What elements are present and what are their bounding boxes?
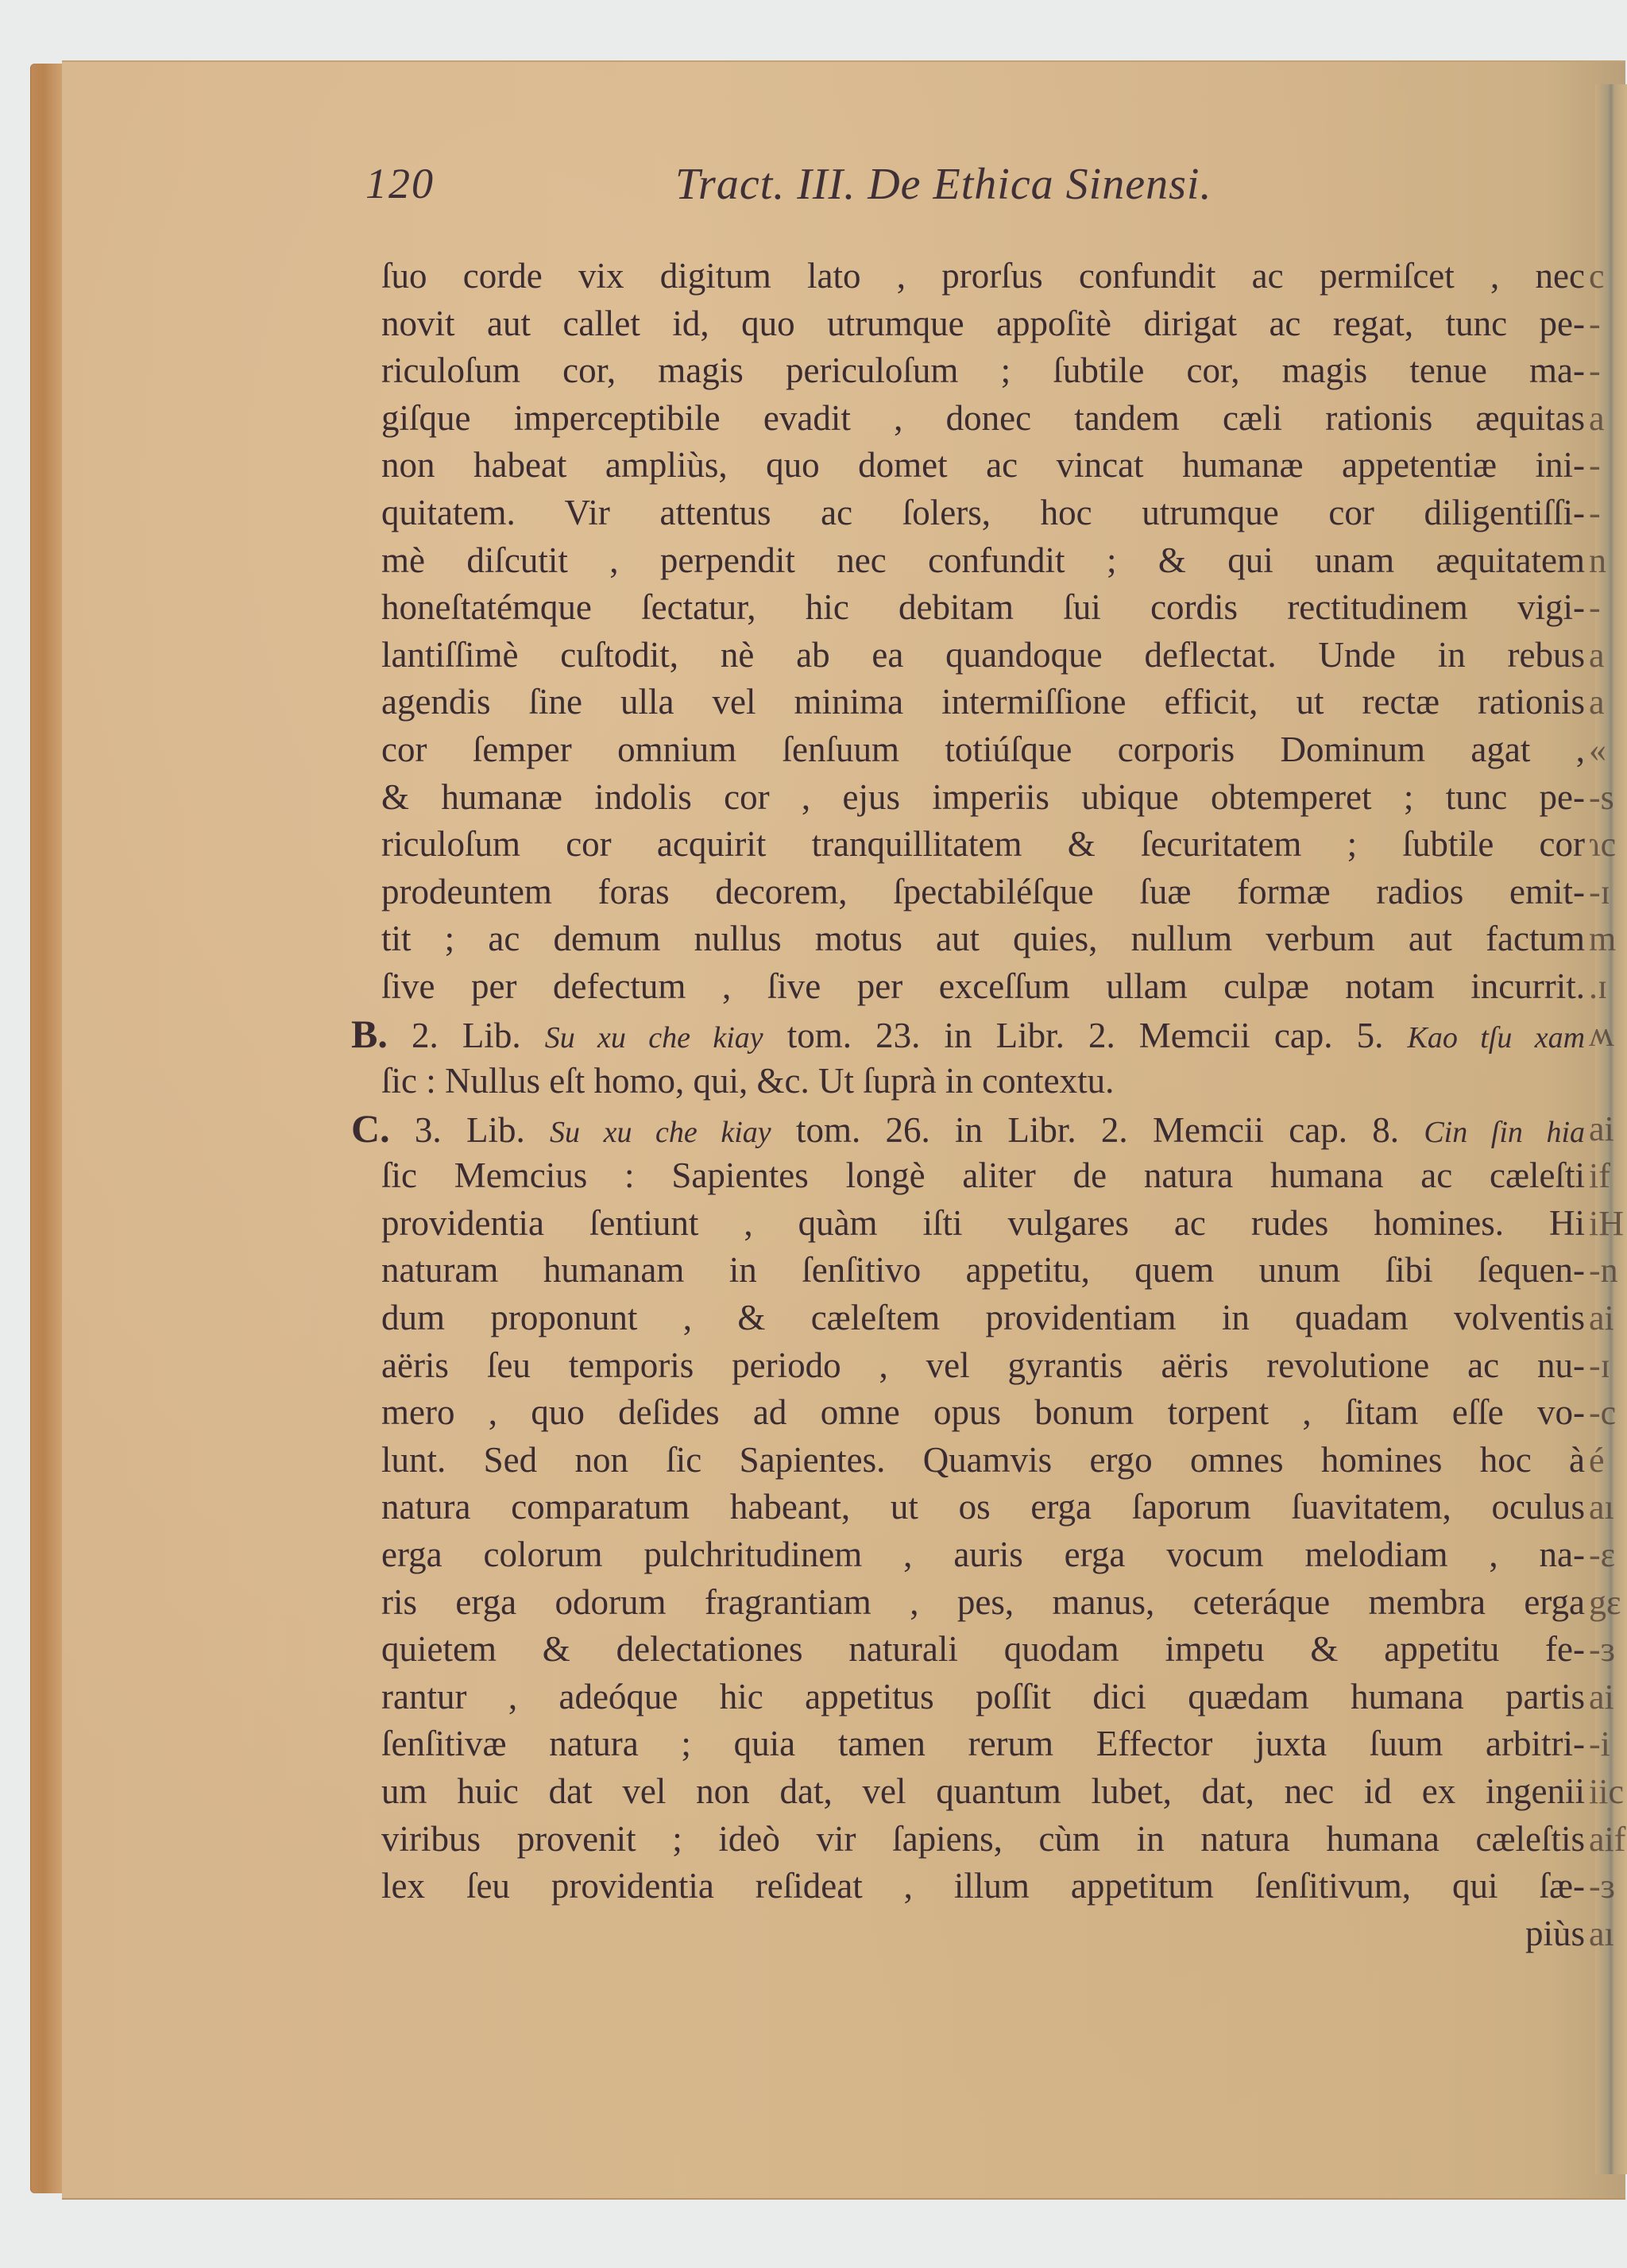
text-line: lantiſſimè cuſtodit, nè ab ea quandoque … <box>381 632 1585 679</box>
text-line: cor ſemper omnium ſenſuum totiúſque corp… <box>381 726 1585 774</box>
bleed-fragment: ai <box>1589 1295 1627 1342</box>
text-line: tit ; ac demum nullus motus aut quies, n… <box>381 915 1585 963</box>
note-c-heading: C. 3. Lib. Su xu che kiay tom. 26. in Li… <box>351 1105 1585 1153</box>
bleed-fragment: ʍ <box>1589 1011 1627 1059</box>
note-c-line: lex ſeu providentia reſideat , illum app… <box>381 1863 1585 1910</box>
note-c-line: rantur , adeóque hic appetitus poſſit di… <box>381 1674 1585 1721</box>
running-head: 120 Tract. III. De Ethica Sinensi. <box>365 159 1605 223</box>
text-line: novit aut callet id, quo utrumque appoſi… <box>381 300 1585 348</box>
note-c-line: aëris ſeu temporis periodo , vel gyranti… <box>381 1342 1585 1390</box>
note-c-line: lunt. Sed non ſic Sapientes. Quamvis erg… <box>381 1437 1585 1484</box>
bleed-fragment: ai <box>1589 1105 1627 1153</box>
note-b-heading: B. 2. Lib. Su xu che kiay tom. 23. in Li… <box>351 1011 1585 1059</box>
bleed-fragment: -ɛ <box>1589 1531 1627 1579</box>
note-c-reference: tom. 26. in Libr. 2. Memcii cap. 8. <box>796 1110 1399 1150</box>
note-b-text: ſic : Nullus eſt homo, qui, &c. Ut ſuprà… <box>381 1058 1585 1105</box>
note-c-line: viribus provenit ; ideò vir ſapiens, cùm… <box>381 1816 1585 1864</box>
text-line: quitatem. Vir attentus ac ſolers, hoc ut… <box>381 490 1585 537</box>
note-c-line: mero , quo deſides ad omne opus bonum to… <box>381 1389 1585 1437</box>
note-c-line: quietem & delectationes naturali quodam … <box>381 1626 1585 1674</box>
note-c-chapter-title: Cin ſin hia <box>1424 1116 1585 1149</box>
text-line: & humanæ indolis cor , ejus imperiis ubi… <box>381 774 1585 822</box>
bleed-fragment <box>1589 1058 1627 1105</box>
bleed-fragment: -ɜ <box>1589 1626 1627 1674</box>
text-line: non habeat ampliùs, quo domet ac vincat … <box>381 442 1585 490</box>
bleed-fragment: -ɪ <box>1589 869 1627 916</box>
bleed-fragment: é <box>1589 1437 1627 1484</box>
bleed-fragment: -ɜ <box>1589 1863 1627 1910</box>
bleed-fragment: gɛ <box>1589 1579 1627 1627</box>
bleed-fragment: a <box>1589 632 1627 679</box>
bleed-fragment: - <box>1589 584 1627 632</box>
text-line: ſive per defectum , ſive per exceſſum ul… <box>381 963 1585 1011</box>
note-c-lib: 3. Lib. <box>415 1110 525 1150</box>
bleed-fragment: aı <box>1589 1910 1627 1958</box>
bleed-fragment: n <box>1589 537 1627 585</box>
text-line: prodeuntem foras decorem, ſpectabiléſque… <box>381 869 1585 916</box>
note-c-line: ſenſitivæ natura ; quia tamen rerum Effe… <box>381 1720 1585 1768</box>
note-c-line: erga colorum pulchritudinem , auris erga… <box>381 1531 1585 1579</box>
bleed-fragment: aif <box>1589 1816 1627 1864</box>
bleed-fragment: - <box>1589 442 1627 490</box>
text-line: ſuo corde vix digitum lato , prorſus con… <box>381 253 1585 300</box>
note-marker-b: B. <box>351 1012 388 1056</box>
note-marker-c: C. <box>351 1106 390 1151</box>
bleed-fragment: if <box>1589 1152 1627 1200</box>
bleed-fragment: aı <box>1589 1484 1627 1531</box>
bleed-fragment: a <box>1589 395 1627 443</box>
bleed-fragment: ai <box>1589 1674 1627 1721</box>
bleed-fragment: - <box>1589 300 1627 348</box>
note-c-line: ſic Memcius : Sapientes longè aliter de … <box>381 1152 1585 1200</box>
bleed-fragment: iH <box>1589 1200 1627 1248</box>
note-c-line: naturam humanam in ſenſitivo appetitu, q… <box>381 1247 1585 1295</box>
facing-page-bleed: c - - a - - n - a a « -s ɿc -ɪ m .ɪ ʍ ai… <box>1589 253 1627 1957</box>
bleed-fragment: -s <box>1589 774 1627 822</box>
bleed-fragment: - <box>1589 490 1627 537</box>
bleed-fragment: -ɪ <box>1589 1342 1627 1390</box>
bleed-fragment: c <box>1589 253 1627 300</box>
note-b-chapter-title: Kao tſu xam <box>1408 1021 1585 1055</box>
note-c-source-title: Su xu che kiay <box>550 1116 771 1149</box>
note-c-line: providentia ſentiunt , quàm iſti vulgare… <box>381 1200 1585 1248</box>
main-text-block: ſuo corde vix digitum lato , prorſus con… <box>381 253 1585 1957</box>
bleed-fragment: - <box>1589 347 1627 395</box>
bleed-fragment: .ɪ <box>1589 963 1627 1011</box>
bleed-fragment: ɿc <box>1589 821 1627 869</box>
text-line: riculoſum cor, magis periculoſum ; ſubti… <box>381 347 1585 395</box>
bleed-fragment: -c <box>1589 1389 1627 1437</box>
text-line: riculoſum cor acquirit tranquillitatem &… <box>381 821 1585 869</box>
note-b-lib: 2. Lib. <box>412 1016 521 1055</box>
text-line: giſque imperceptibile evadit , donec tan… <box>381 395 1585 443</box>
note-c-line: ris erga odorum fragrantiam , pes, manus… <box>381 1579 1585 1627</box>
text-line: agendis ſine ulla vel minima intermiſſio… <box>381 679 1585 726</box>
page-number: 120 <box>365 159 435 208</box>
text-line: honeſtatémque ſectatur, hic debitam ſui … <box>381 584 1585 632</box>
bleed-fragment: m <box>1589 915 1627 963</box>
bleed-fragment: « <box>1589 726 1627 774</box>
note-c-line: um huic dat vel non dat, vel quantum lub… <box>381 1768 1585 1816</box>
catchword: piùs <box>381 1910 1585 1958</box>
bleed-fragment: iic <box>1589 1768 1627 1816</box>
running-title: Tract. III. De Ethica Sinensi. <box>675 159 1212 210</box>
note-c-line: natura comparatum habeant, ut os erga ſa… <box>381 1484 1585 1531</box>
note-c-line: dum proponunt , & cæleſtem providentiam … <box>381 1295 1585 1342</box>
bleed-fragment: -i <box>1589 1720 1627 1768</box>
bleed-fragment: -n <box>1589 1247 1627 1295</box>
text-line: mè diſcutit , perpendit nec confundit ; … <box>381 537 1585 585</box>
note-b-source-title: Su xu che kiay <box>545 1021 763 1055</box>
note-b-reference: tom. 23. in Libr. 2. Memcii cap. 5. <box>787 1016 1384 1055</box>
bleed-fragment: a <box>1589 679 1627 726</box>
